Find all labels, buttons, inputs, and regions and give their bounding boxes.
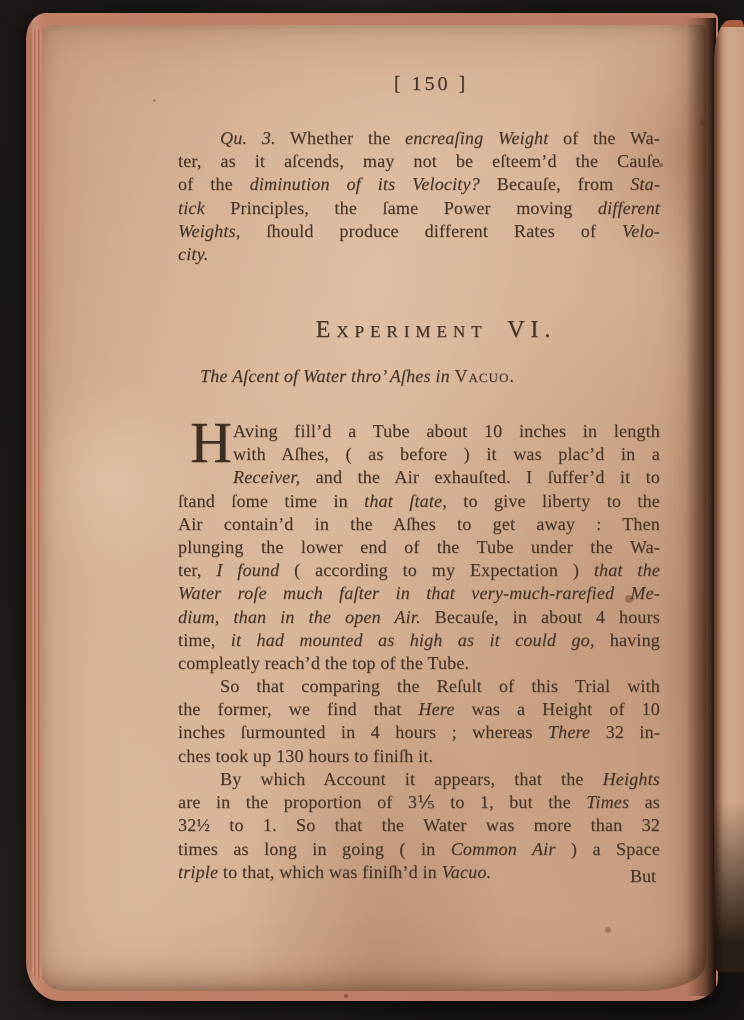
text-line: Aving fill’d a Tube about 10 inches in l… (178, 420, 660, 443)
text-segment: ter, (178, 560, 216, 580)
text-segment: plunging the lower end of the Tube under… (178, 537, 660, 557)
text-line: ches took up 130 hours to finiſh it. (178, 745, 660, 768)
text-segment: There (548, 722, 590, 742)
text-segment: I found (216, 560, 279, 580)
text-segment: encreaſing Weight (405, 128, 548, 148)
text-segment: Water roſe much faſter in that very-much… (178, 583, 660, 603)
text-segment: ches took up 130 hours to finiſh it. (178, 746, 433, 766)
text-segment: By which Account it appears, that the (220, 769, 603, 789)
text-segment: was a Height of 10 (455, 699, 660, 719)
text-segment: compleatly reach’d the top of the Tube. (178, 653, 469, 673)
text-segment: Principles, the ſame Power moving (205, 198, 598, 218)
text-segment: Weights, (178, 221, 240, 241)
text-segment: Sta- (630, 174, 660, 194)
text-segment: city. (178, 244, 209, 264)
text-segment: time, (178, 630, 231, 650)
text-segment: ( according to my Expectation ) (279, 560, 594, 580)
text-segment: ter, as it aſcends, may not be eſteem’d … (178, 151, 660, 171)
text-segment: of the Wa- (548, 128, 660, 148)
body-paragraph-1: H Aving fill’d a Tube about 10 inches in… (178, 420, 660, 675)
text-line: compleatly reach’d the top of the Tube. (178, 652, 660, 675)
text-segment: inches ſurmounted in 4 hours ; whereas (178, 722, 548, 742)
drop-cap: H (178, 420, 233, 467)
text-segment: of the (178, 174, 250, 194)
text-segment: different (598, 198, 660, 218)
experiment-subtitle: The Aſcent of Water thro’ Aſhes in Vacuo… (178, 365, 660, 388)
book-scan: [ 150 ] Qu. 3. Whether the encreaſing We… (0, 0, 744, 1020)
text-line: dium, than in the open Air. Becauſe, in … (178, 606, 660, 629)
text-segment: it had mounted as high as it could go, (231, 630, 595, 650)
text-segment: Qu. 3. (220, 128, 276, 148)
text-segment: to give liberty to the (447, 491, 660, 511)
body-paragraph-2: So that comparing the Reſult of this Tri… (178, 675, 660, 768)
text-segment: Times (586, 792, 629, 812)
text-line: with Aſhes, ( as before ) it was plac’d … (178, 443, 660, 466)
question-paragraph: Qu. 3. Whether the encreaſing Weight of … (178, 127, 660, 266)
text-segment: diminution of its Velocity? (250, 174, 480, 194)
text-segment: the former, we find that (178, 699, 418, 719)
text-line: So that comparing the Reſult of this Tri… (178, 675, 660, 698)
text-segment: ſtand ſome time in (178, 491, 364, 511)
text-segment: Velo- (622, 221, 660, 241)
text-line: ter, as it aſcends, may not be eſteem’d … (178, 150, 660, 173)
text-segment: Becauſe, in about 4 hours (421, 607, 660, 627)
printed-text-layer: [ 150 ] Qu. 3. Whether the encreaſing We… (0, 0, 744, 1020)
text-segment: as (629, 792, 660, 812)
text-segment: Here (418, 699, 454, 719)
text-segment: Whether the (276, 128, 405, 148)
text-segment: ) a Space (556, 839, 660, 859)
text-line: 32½ to 1. So that the Water was more tha… (178, 814, 660, 837)
text-segment: Common Air (451, 839, 556, 859)
text-segment: with Aſhes, ( as before ) it was plac’d … (233, 444, 660, 464)
text-line: time, it had mounted as high as it could… (178, 629, 660, 652)
text-line: Receiver, and the Air exhauſted. I ſuffe… (178, 466, 660, 489)
experiment-heading: Experiment VI. (178, 317, 660, 344)
text-segment: Receiver, (233, 467, 300, 487)
text-line: Qu. 3. Whether the encreaſing Weight of … (178, 127, 660, 150)
text-line: ter, I found ( according to my Expectati… (178, 559, 660, 582)
text-segment: Vacuo. (455, 366, 515, 386)
text-line: Weights, ſhould produce different Rates … (178, 220, 660, 243)
text-line: The Aſcent of Water thro’ Aſhes in Vacuo… (200, 365, 660, 388)
text-segment: having (595, 630, 660, 650)
text-line: are in the proportion of 3⅕ to 1, but th… (178, 791, 660, 814)
text-line: the former, we find that Here was a Heig… (178, 698, 660, 721)
text-segment: Heights (603, 769, 660, 789)
text-segment: tick (178, 198, 205, 218)
text-line: By which Account it appears, that the He… (178, 768, 660, 791)
text-line: city. (178, 243, 660, 266)
text-segment: ſhould produce different Rates of (240, 221, 622, 241)
page-number: [ 150 ] (178, 73, 660, 96)
text-line: ſtand ſome time in that ſtate, to give l… (178, 490, 660, 513)
text-segment: are in the proportion of 3⅕ to 1, but th… (178, 792, 586, 812)
text-line: times as long in going ( in Common Air )… (178, 838, 660, 861)
text-segment: Air contain’d in the Aſhes to get away :… (178, 514, 660, 534)
text-segment: 32½ to 1. So that the Water was more tha… (178, 815, 660, 835)
text-line: Air contain’d in the Aſhes to get away :… (178, 513, 660, 536)
text-line: inches ſurmounted in 4 hours ; whereas T… (178, 721, 660, 744)
text-segment: 32 in- (590, 722, 660, 742)
text-segment: times as long in going ( in (178, 839, 451, 859)
text-segment: and the Air exhauſted. I ſuffer’d it to (300, 467, 660, 487)
text-line: Water roſe much faſter in that very-much… (178, 582, 660, 605)
text-line: of the diminution of its Velocity? Becau… (178, 173, 660, 196)
text-segment: Aving fill’d a Tube about 10 inches in l… (233, 421, 660, 441)
text-segment: The Aſcent of Water thro’ Aſhes in (200, 366, 455, 386)
text-segment: So that comparing the Reſult of this Tri… (220, 676, 660, 696)
catchword: But (178, 866, 660, 887)
text-segment: that ſtate, (364, 491, 447, 511)
text-segment: Becauſe, from (480, 174, 630, 194)
text-segment: that the (594, 560, 660, 580)
text-line: tick Principles, the ſame Power moving d… (178, 197, 660, 220)
text-line: plunging the lower end of the Tube under… (178, 536, 660, 559)
text-segment: dium, than in the open Air. (178, 607, 421, 627)
